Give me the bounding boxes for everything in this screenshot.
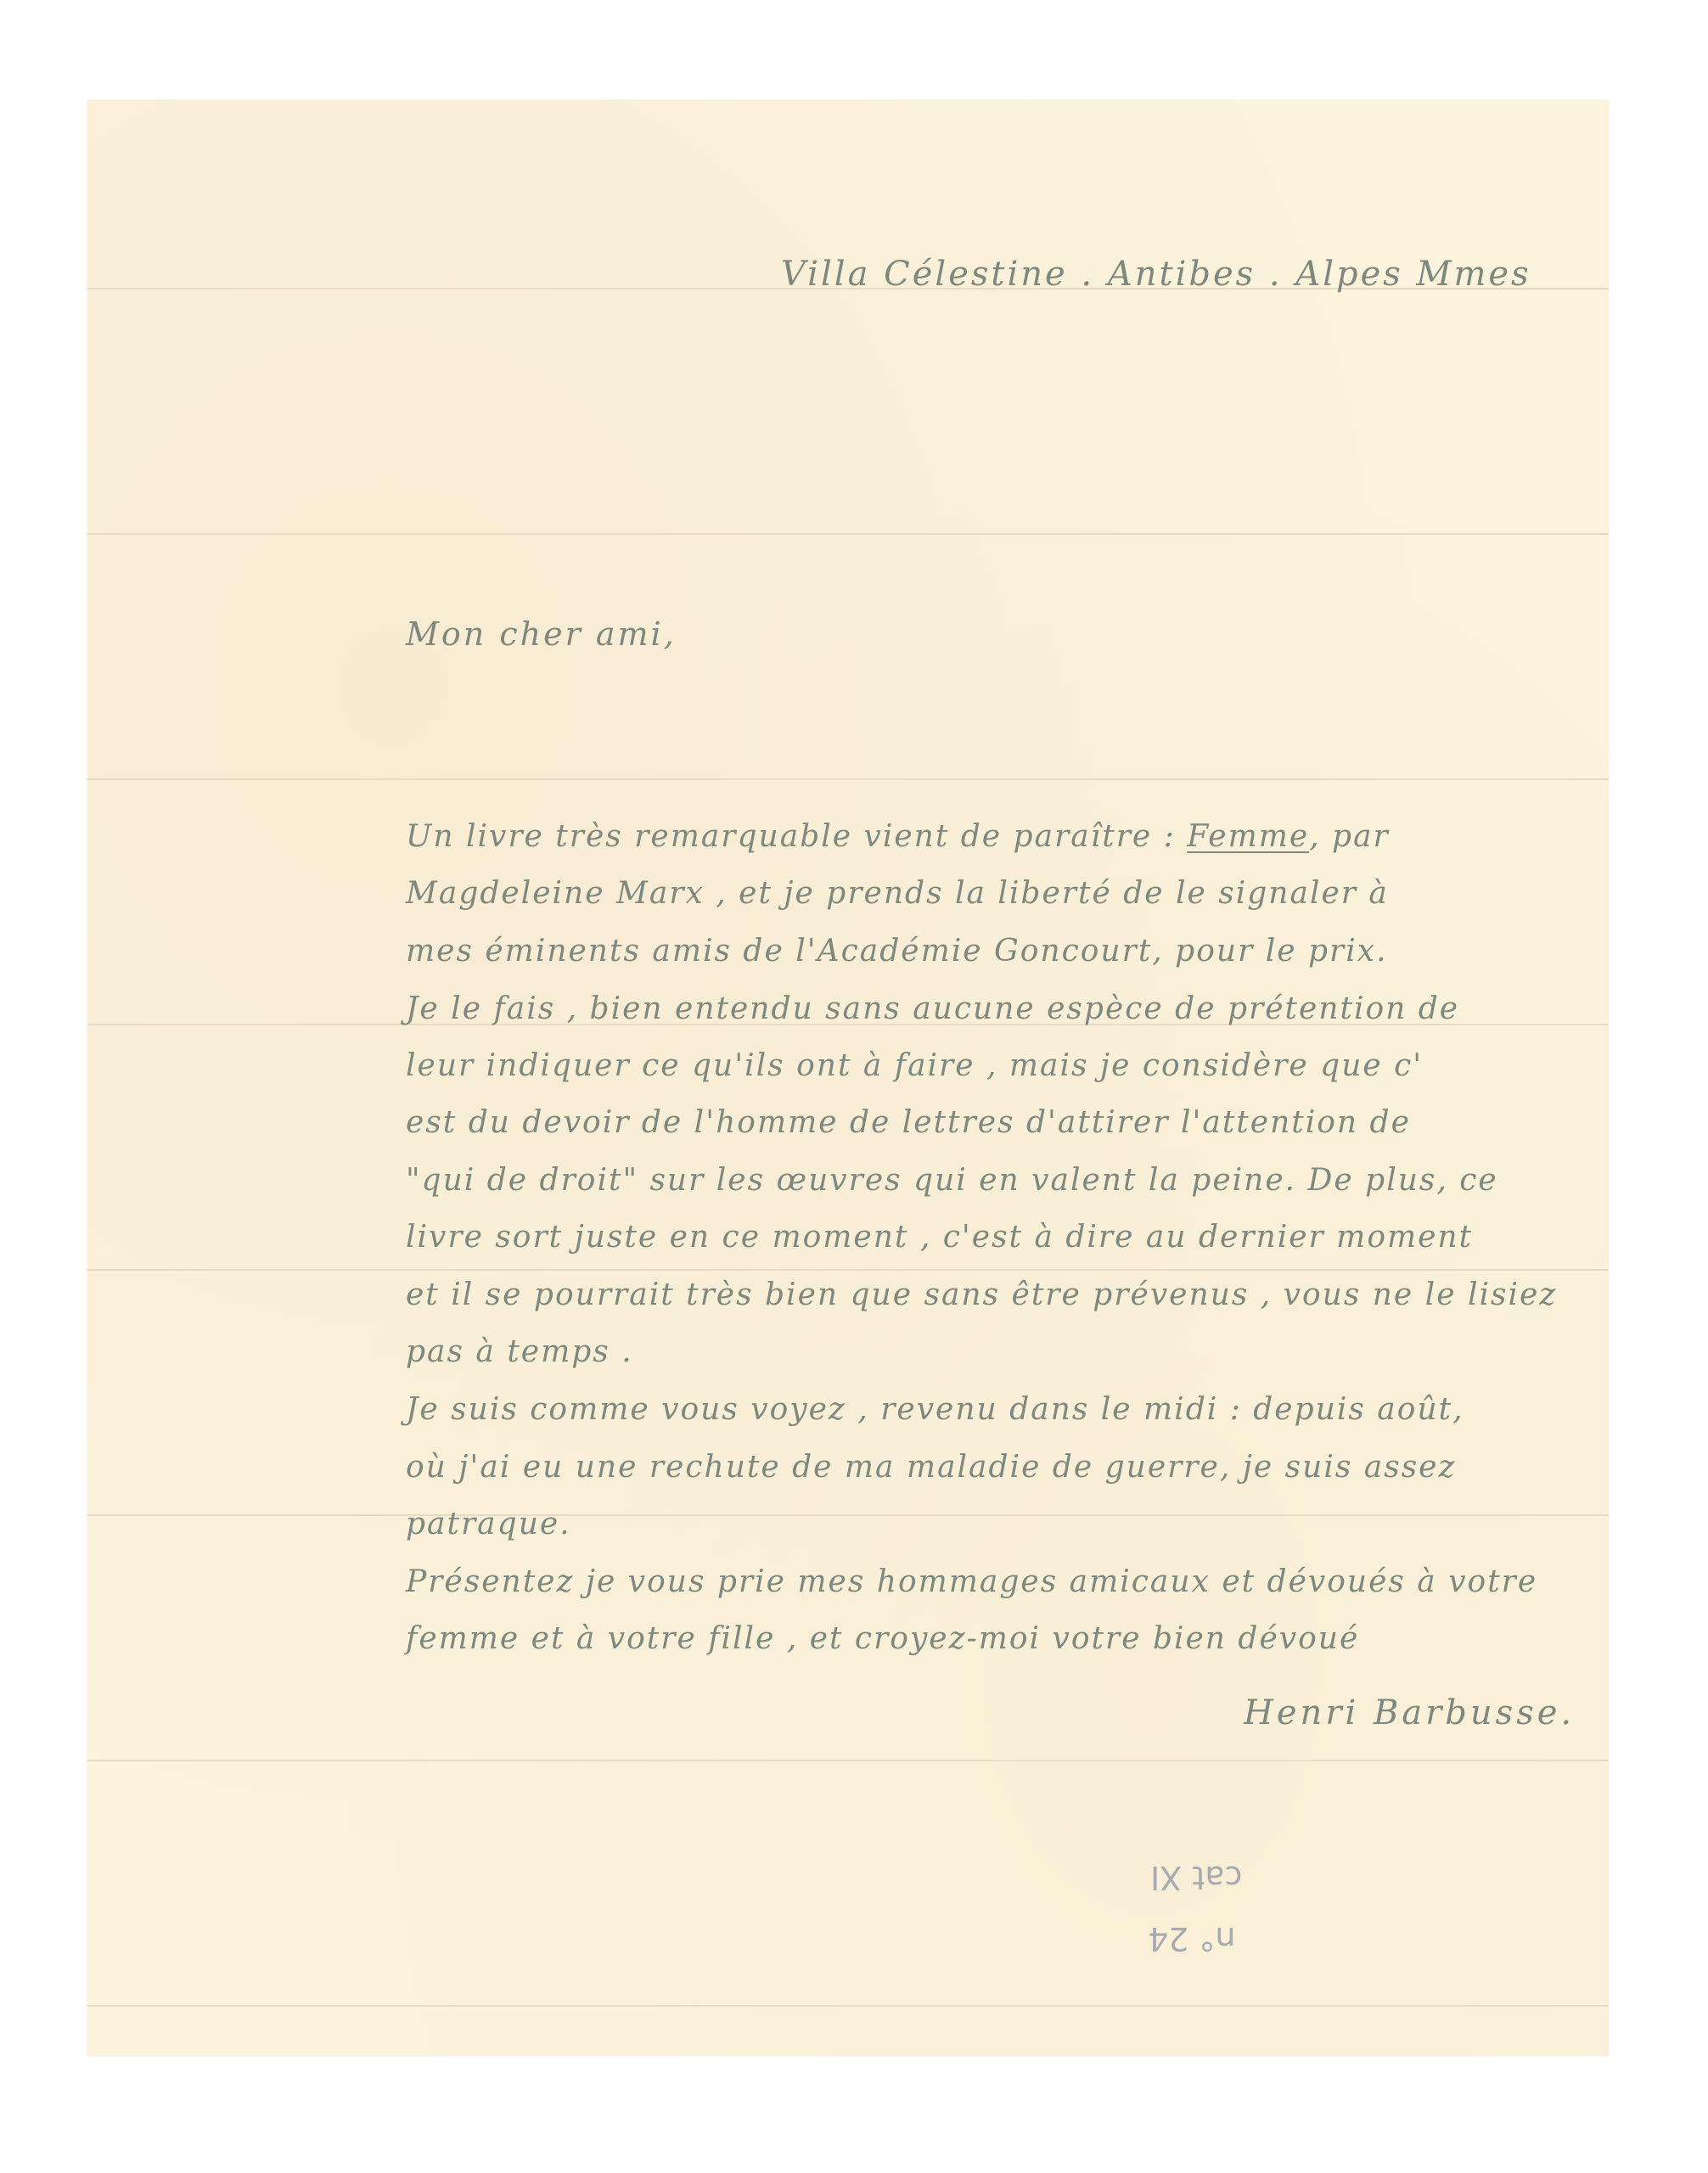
body-line: où j'ai eu une rechute de ma maladie de … xyxy=(406,1450,1456,1485)
body-line: Présentez je vous prie mes hommages amic… xyxy=(406,1564,1537,1599)
body-line: Je le fais , bien entendu sans aucune es… xyxy=(406,991,1459,1026)
body-line: et il se pourrait très bien que sans êtr… xyxy=(406,1277,1557,1312)
body-line: Magdeleine Marx , et je prends la libert… xyxy=(406,876,1389,911)
body-line: mes éminents amis de l'Académie Goncourt… xyxy=(406,934,1388,969)
body-line: pas à temps . xyxy=(406,1334,633,1369)
archival-pencil-note: cat XI xyxy=(1150,1859,1242,1896)
body-line: Je suis comme vous voyez , revenu dans l… xyxy=(406,1392,1464,1427)
body-line: Un livre très remarquable vient de paraî… xyxy=(406,819,1390,854)
book-title: Femme xyxy=(1187,819,1309,854)
body-line: livre sort juste en ce moment , c'est à … xyxy=(406,1220,1473,1255)
body-line: patraque. xyxy=(406,1507,571,1541)
body-line: est du devoir de l'homme de lettres d'at… xyxy=(406,1105,1411,1140)
signature: Henri Barbusse. xyxy=(1244,1693,1575,1732)
letter-salutation: Mon cher ami, xyxy=(406,615,677,653)
letter-address: Villa Célestine . Antibes . Alpes Mmes xyxy=(781,255,1531,294)
body-line: femme et à votre fille , et croyez-moi v… xyxy=(406,1621,1359,1656)
body-line: leur indiquer ce qu'ils ont à faire , ma… xyxy=(406,1048,1423,1083)
body-line-text: Un livre très remarquable vient de paraî… xyxy=(406,819,1390,854)
body-line: "qui de droit" sur les œuvres qui en val… xyxy=(406,1163,1498,1198)
archival-pencil-number: n° 24 xyxy=(1148,1920,1236,1957)
